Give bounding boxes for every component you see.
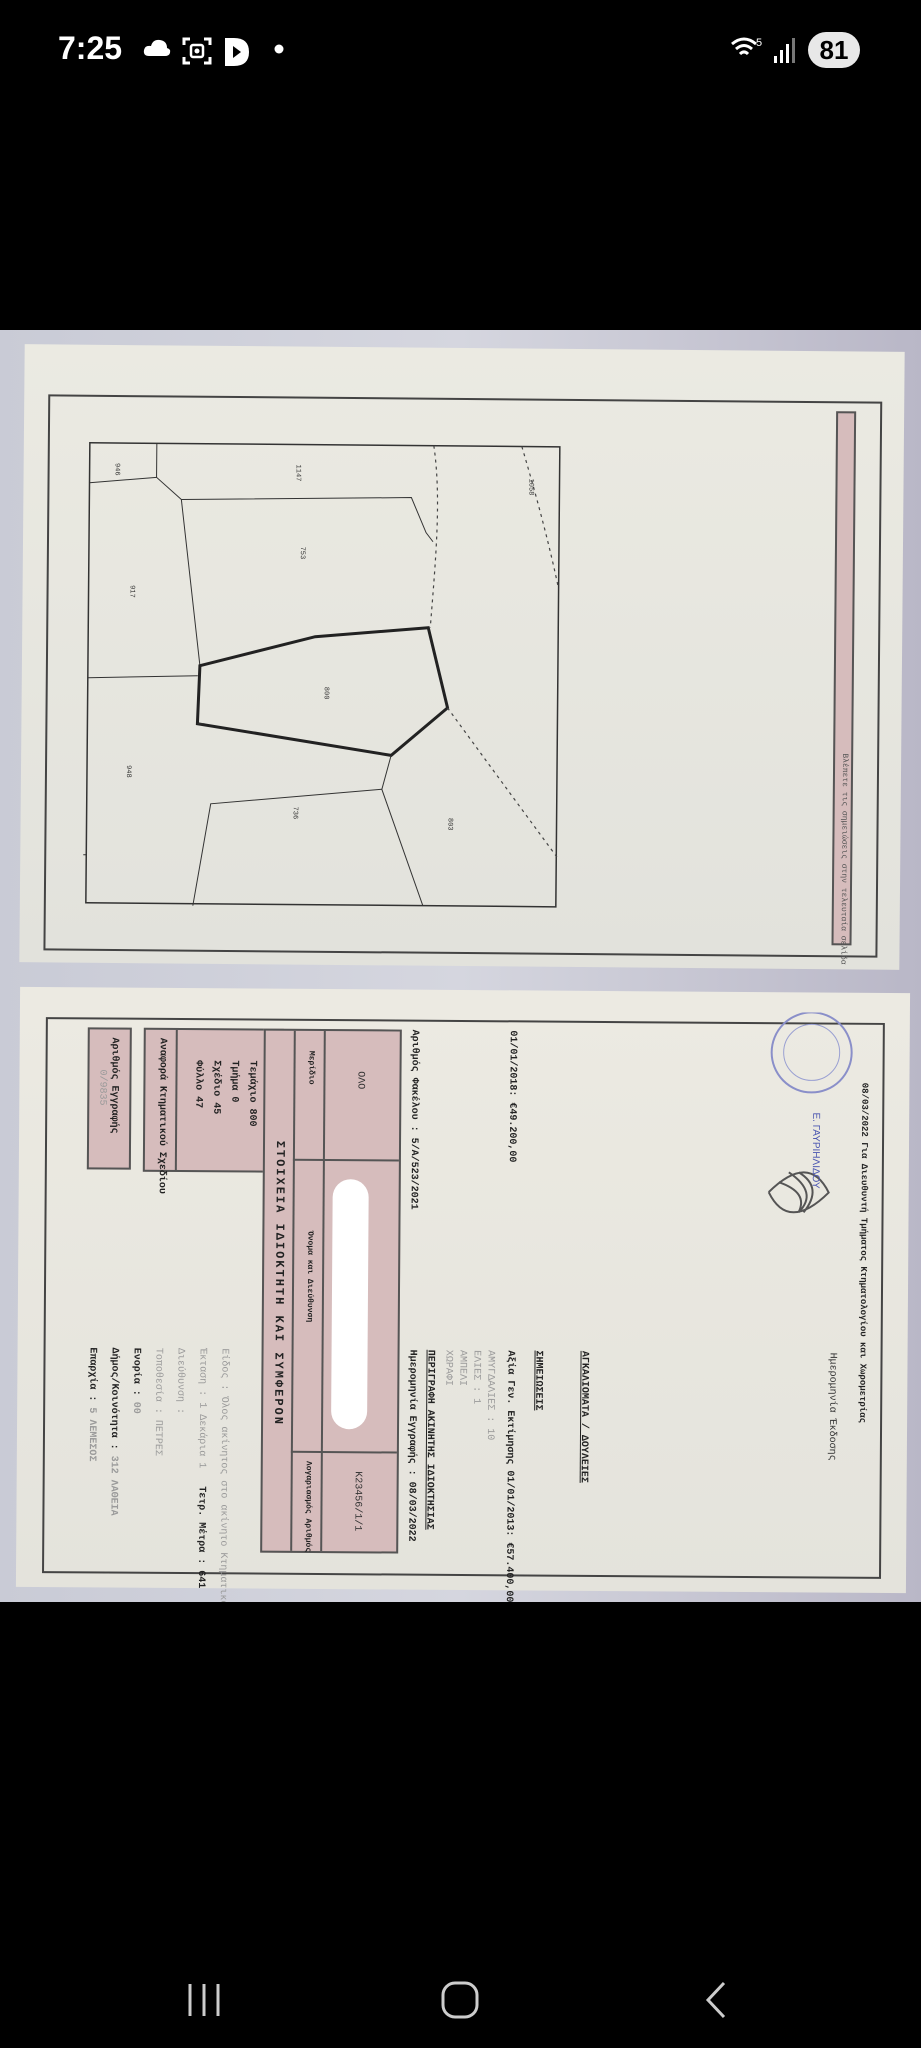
svg-text:753: 753 [298,547,306,560]
registration-date: Ημερομηνία Εγγραφής : 08/03/2022 [405,1350,417,1542]
info-row: Τοποθεσία : ΠΕΤΡΕΣ [152,1348,164,1456]
redacted-owner-name [331,1179,369,1429]
info-row: Διεύθυνση : [174,1348,185,1414]
info-row: Έκταση : 1 Δεκάρια 1 Τετρ. Μέτρα : 641 [195,1348,208,1588]
svg-text:800: 800 [322,687,330,700]
home-button[interactable] [440,1980,480,2020]
valuation-2018: 01/01/2018: €49.200,00 [506,1030,518,1162]
back-button[interactable] [702,1980,732,2020]
battery-indicator: 81 [808,32,860,68]
recent-apps-button[interactable] [184,1980,224,2020]
info-row: Ενορία : 00 [130,1348,141,1414]
svg-text:736: 736 [291,807,299,820]
svg-text:803: 803 [445,818,453,831]
svg-text:Ε. ΓΑΥΡΙΗΛΙΔΟΥ: Ε. ΓΑΥΡΙΗΛΙΔΟΥ [810,1112,822,1189]
map-footer-note: Βλέπετε τις σημειώσεις στην τελευταία σε… [838,753,849,964]
signature-and-stamp: Ε. ΓΑΥΡΙΗΛΙΔΟΥ [748,1012,880,1273]
certificate-page: Αριθμός Εγγραφής 0/9835 Αναφορά Κτηματικ… [16,987,910,1593]
svg-text:1147: 1147 [294,465,302,482]
map-page: 946 1147 917 753 800 948 736 803 1058 Βλ… [19,344,904,970]
description-heading: ΠΕΡΙΓΡΑΦΗ ΑΚΙΝΗΤΗΣ ΙΔΙΟΚΤΗΣΙΑΣ [423,1350,435,1530]
svg-text:1058: 1058 [526,479,534,496]
cadastral-map: 946 1147 917 753 800 948 736 803 1058 [78,435,572,929]
svg-text:5: 5 [756,37,762,49]
info-row: Δήμος/Κοινότητα : 312 ΛΑΘΕΙΑ [107,1348,119,1516]
encumbrances-heading: ΑΓΚΑΛΙΟΜΑΤΑ / ΔΟΥΛΕΙΕΣ [578,1351,590,1483]
document-photo[interactable]: 946 1147 917 753 800 948 736 803 1058 Βλ… [0,330,921,1602]
file-number: Αριθμός Φακέλου : 5/Α/523/2021 [408,1030,420,1210]
svg-text:946: 946 [113,463,121,476]
registration-box: Αριθμός Εγγραφής 0/9835 [87,1027,132,1169]
play-icon [222,36,252,68]
back-icon [702,1980,732,2020]
owner-table: ΣΤΟΙΧΕΙΑ ΙΔΙΟΚΤΗΤΗ ΚΑΙ ΣΥΜΦΕΡΟΝ Μερίδιο … [260,1029,402,1554]
recent-apps-icon [184,1980,224,2020]
remarks-heading: ΣΗΜΕΙΩΣΕΙΣ [532,1350,543,1410]
clock: 7:25 [58,30,122,67]
info-row: Είδος : Όλος ακίνητος στο ακίνητο Κτηματ… [216,1348,229,1602]
owner-account: K23456/1/1 [351,1471,362,1531]
owner-section-title: ΣΤΟΙΧΕΙΑ ΙΔΙΟΚΤΗΤΗ ΚΑΙ ΣΥΜΦΕΡΟΝ [271,1141,287,1426]
screenshot-icon [182,36,212,66]
home-icon [440,1980,480,2020]
svg-text:917: 917 [128,585,136,598]
info-row: Επαρχία : 5 ΛΕΜΕΣΟΣ [86,1347,98,1461]
owner-share: ΟΛΟ [354,1071,365,1089]
nav-bar [0,1950,921,2048]
issue-date-label: Ημερομηνία Έκδοσης [826,1353,838,1461]
dot-icon [274,44,284,54]
svg-text:948: 948 [124,765,132,778]
cloud-icon [142,36,172,58]
status-bar: 7:25 5 81 [0,0,921,100]
valuation-2013: Αξία Γεν. Εκτίμησης 01/01/2013: €57.400,… [503,1350,516,1602]
signal-icons: 5 [730,34,796,66]
